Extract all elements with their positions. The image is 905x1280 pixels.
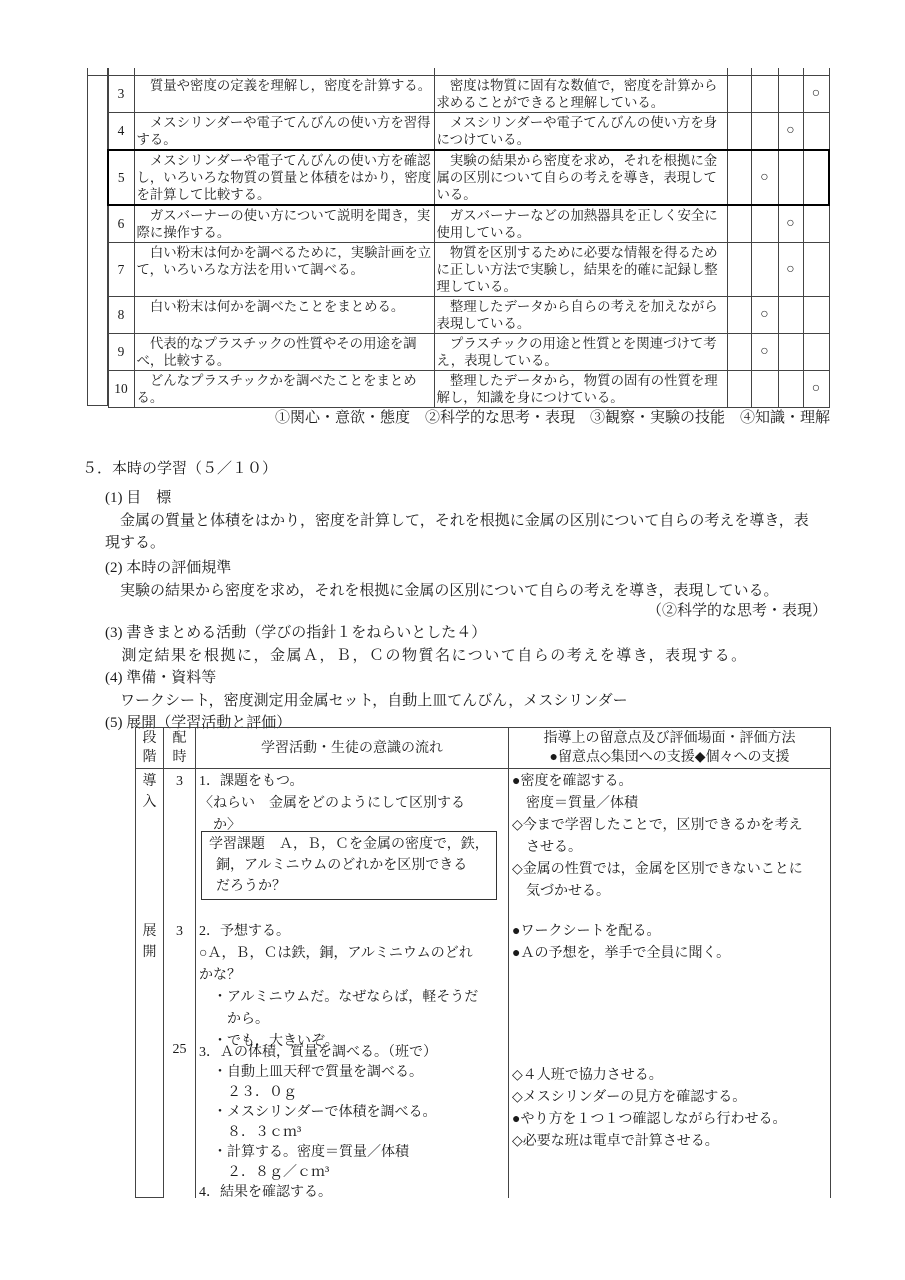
time-allocation: 3	[164, 921, 195, 943]
section-title: ５．本時の学習（５／１０）	[82, 458, 277, 480]
mark-cell-3	[778, 333, 803, 370]
mark-cell-1	[727, 333, 751, 370]
time-allocation: 25	[164, 1039, 195, 1061]
eval-table-left-column	[87, 68, 108, 406]
criteria-label: (2) 本時の評価規準	[105, 557, 231, 579]
header-activity: 学習活動・生徒の意識の流れ	[196, 728, 509, 769]
criteria-cell: 密度は物質に固有な数値で，密度を計算から 求めることができると理解している。	[434, 75, 727, 112]
mark-cell-3: ○	[778, 205, 803, 243]
activity-step-1: 1．課題をもつ。 〈ねらい 金属をどのようにして区別する か〉	[199, 771, 506, 837]
notes-block-1: ●密度を確認する。 密度＝質量／体積 ◇今まで学習したことで，区別できるかを考え…	[512, 771, 828, 903]
mark-cell-1	[727, 112, 751, 150]
mark-cell-3	[778, 370, 803, 407]
activity-cell: 白い粉末は何かを調べたことをまとめる。	[134, 296, 434, 333]
writing-body: 測定結果を根拠に，金属Ａ，Ｂ，Ｃの物質名について自らの考えを導き，表現する。	[105, 645, 850, 667]
mark-cell-4	[803, 112, 829, 150]
table-row: 7 白い粉末は何かを調べるために，実験計画を立 て，いろいろな方法を用いて調べる…	[108, 242, 829, 296]
lesson-plan-page: 3 質量や密度の定義を理解し，密度を計算する。 密度は物質に固有な数値で，密度を…	[0, 0, 905, 1280]
mark-cell-2	[751, 242, 778, 296]
plan-header-row: 段 階 配 時 学習活動・生徒の意識の流れ 指導上の留意点及び評価場面・評価方法…	[136, 728, 831, 769]
notes-block-3: ◇４人班で協力させる。 ◇メスシリンダーの見方を確認する。 ●やり方を１つ１つ確…	[512, 1065, 828, 1153]
activity-cell: メスシリンダーや電子てんびんの使い方を確認 し，いろいろな物質の質量と体積をはか…	[134, 150, 434, 205]
writing-label: (3) 書きまとめる活動（学びの指針１をねらいとした４）	[105, 622, 486, 644]
activity-cell: 代表的なプラスチックの性質やその用途を調 べ，比較する。	[134, 333, 434, 370]
row-number: 7	[108, 242, 134, 296]
row-number: 6	[108, 205, 134, 243]
activity-cell: ガスバーナーの使い方について説明を聞き，実 際に操作する。	[134, 205, 434, 243]
row-number: 5	[108, 150, 134, 205]
criteria-cell: 整理したデータから自らの考えを加えながら 表現している。	[434, 296, 727, 333]
mark-cell-3: ○	[778, 112, 803, 150]
notes-block-2: ●ワークシートを配る。 ●Ａの予想を，挙手で全員に聞く。	[512, 921, 828, 965]
criteria-cell: プラスチックの用途と性質とを関連づけて考 え，表現している。	[434, 333, 727, 370]
mark-cell-1	[727, 205, 751, 243]
activity-cell: メスシリンダーや電子てんびんの使い方を習得 する。	[134, 112, 434, 150]
mark-cell-2: ○	[751, 150, 778, 205]
mark-cell-4	[803, 205, 829, 243]
learning-task-box: 学習課題 Ａ，Ｂ，Ｃを金属の密度で，鉄， 銅，アルミニウムのどれかを区別できる …	[201, 831, 497, 900]
notes-column: ●密度を確認する。 密度＝質量／体積 ◇今まで学習したことで，区別できるかを考え…	[509, 769, 830, 1197]
header-notes: 指導上の留意点及び評価場面・評価方法 ●留意点◇集団への支援◆個々への支援	[509, 728, 831, 769]
mark-cell-2: ○	[751, 333, 778, 370]
activity-step-3: 3．Ａの体積，質量を調べる。（班で） ・自動上皿天秤で質量を調べる。 ２３．０ｇ…	[199, 1043, 506, 1198]
criteria-cell: 実験の結果から密度を求め，それを根拠に金 属の区別について自らの考えを導き，表現…	[434, 150, 727, 205]
mark-cell-1	[727, 296, 751, 333]
evaluation-table: 3 質量や密度の定義を理解し，密度を計算する。 密度は物質に固有な数値で，密度を…	[107, 68, 830, 408]
time-column: 3 3 25	[164, 769, 195, 1197]
mark-cell-3	[778, 75, 803, 112]
table-row-cropped	[108, 68, 829, 75]
mark-cell-1	[727, 370, 751, 407]
activity-cell: 白い粉末は何かを調べるために，実験計画を立 て，いろいろな方法を用いて調べる。	[134, 242, 434, 296]
stage-development: 展 開	[136, 921, 163, 963]
criteria-cell: 物質を区別するために必要な情報を得るため に正しい方法で実験し，結果を的確に記録…	[434, 242, 727, 296]
mark-cell-4: ○	[803, 75, 829, 112]
criteria-cell: メスシリンダーや電子てんびんの使い方を身 につけている。	[434, 112, 727, 150]
mark-cell-2	[751, 205, 778, 243]
mark-cell-4	[803, 333, 829, 370]
table-row: 3 質量や密度の定義を理解し，密度を計算する。 密度は物質に固有な数値で，密度を…	[108, 75, 829, 112]
table-row: 6 ガスバーナーの使い方について説明を聞き，実 際に操作する。 ガスバーナーなど…	[108, 205, 829, 243]
mark-cell-2	[751, 75, 778, 112]
mark-cell-4	[803, 296, 829, 333]
header-stage: 段 階	[136, 728, 164, 769]
table-row: 10 どんなプラスチックかを調べたことをまとめ る。 整理したデータから，物質の…	[108, 370, 829, 407]
criteria-cell: ガスバーナーなどの加熱器具を正しく安全に 使用している。	[434, 205, 727, 243]
goal-body: 金属の質量と体積をはかり，密度を計算して，それを根拠に金属の区別について自らの考…	[105, 510, 850, 554]
activity-cell: 質量や密度の定義を理解し，密度を計算する。	[134, 75, 434, 112]
mark-cell-2	[751, 112, 778, 150]
stage-intro: 導 入	[136, 771, 163, 813]
table-row: 9 代表的なプラスチックの性質やその用途を調 べ，比較する。 プラスチックの用途…	[108, 333, 829, 370]
table-row-highlighted: 5 メスシリンダーや電子てんびんの使い方を確認 し，いろいろな物質の質量と体積を…	[108, 150, 829, 205]
evaluation-legend: ①関心・意欲・態度 ②科学的な思考・表現 ③観察・実験の技能 ④知識・理解	[87, 406, 830, 427]
mark-cell-1	[727, 242, 751, 296]
mark-cell-4	[803, 150, 829, 205]
row-number: 4	[108, 112, 134, 150]
plan-body-row: 導 入 展 開 3 3 25 1．課題をもつ。 〈ねらい 金属をどのようにして区…	[136, 769, 831, 1198]
materials-body: ワークシート，密度測定用金属セット，自動上皿てんびん，メスシリンダー	[105, 690, 850, 712]
row-number: 10	[108, 370, 134, 407]
table-row: 8 白い粉末は何かを調べたことをまとめる。 整理したデータから自らの考えを加えな…	[108, 296, 829, 333]
activity-step-2: 2．予想する。 ○Ａ，Ｂ，Ｃは鉄，銅，アルミニウムのどれ かな？ ・アルミニウム…	[199, 921, 506, 1053]
activity-column: 1．課題をもつ。 〈ねらい 金属をどのようにして区別する か〉 学習課題 Ａ，Ｂ…	[196, 769, 508, 1197]
mark-cell-1	[727, 150, 751, 205]
mark-cell-3	[778, 296, 803, 333]
time-allocation: 3	[164, 771, 195, 793]
mark-cell-1	[727, 75, 751, 112]
table-row: 4 メスシリンダーや電子てんびんの使い方を習得 する。 メスシリンダーや電子てん…	[108, 112, 829, 150]
mark-cell-2	[751, 370, 778, 407]
plan-table: 段 階 配 時 学習活動・生徒の意識の流れ 指導上の留意点及び評価場面・評価方法…	[135, 727, 831, 1198]
header-time: 配 時	[164, 728, 196, 769]
criteria-note: （②科学的な思考・表現）	[105, 600, 827, 622]
criteria-cell: 整理したデータから，物質の固有の性質を理 解し，知識を身につけている。	[434, 370, 727, 407]
mark-cell-3	[778, 150, 803, 205]
criteria-body: 実験の結果から密度を求め，それを根拠に金属の区別について自らの考えを導き，表現し…	[105, 580, 850, 602]
row-number: 9	[108, 333, 134, 370]
stage-column: 導 入 展 開	[136, 769, 163, 1197]
goal-label: (1) 目 標	[105, 487, 171, 509]
mark-cell-3: ○	[778, 242, 803, 296]
mark-cell-4	[803, 242, 829, 296]
activity-cell: どんなプラスチックかを調べたことをまとめ る。	[134, 370, 434, 407]
mark-cell-2: ○	[751, 296, 778, 333]
mark-cell-4: ○	[803, 370, 829, 407]
materials-label: (4) 準備・資料等	[105, 667, 216, 689]
eval-table-left-column-divider	[88, 75, 107, 76]
row-number: 8	[108, 296, 134, 333]
row-number: 3	[108, 75, 134, 112]
